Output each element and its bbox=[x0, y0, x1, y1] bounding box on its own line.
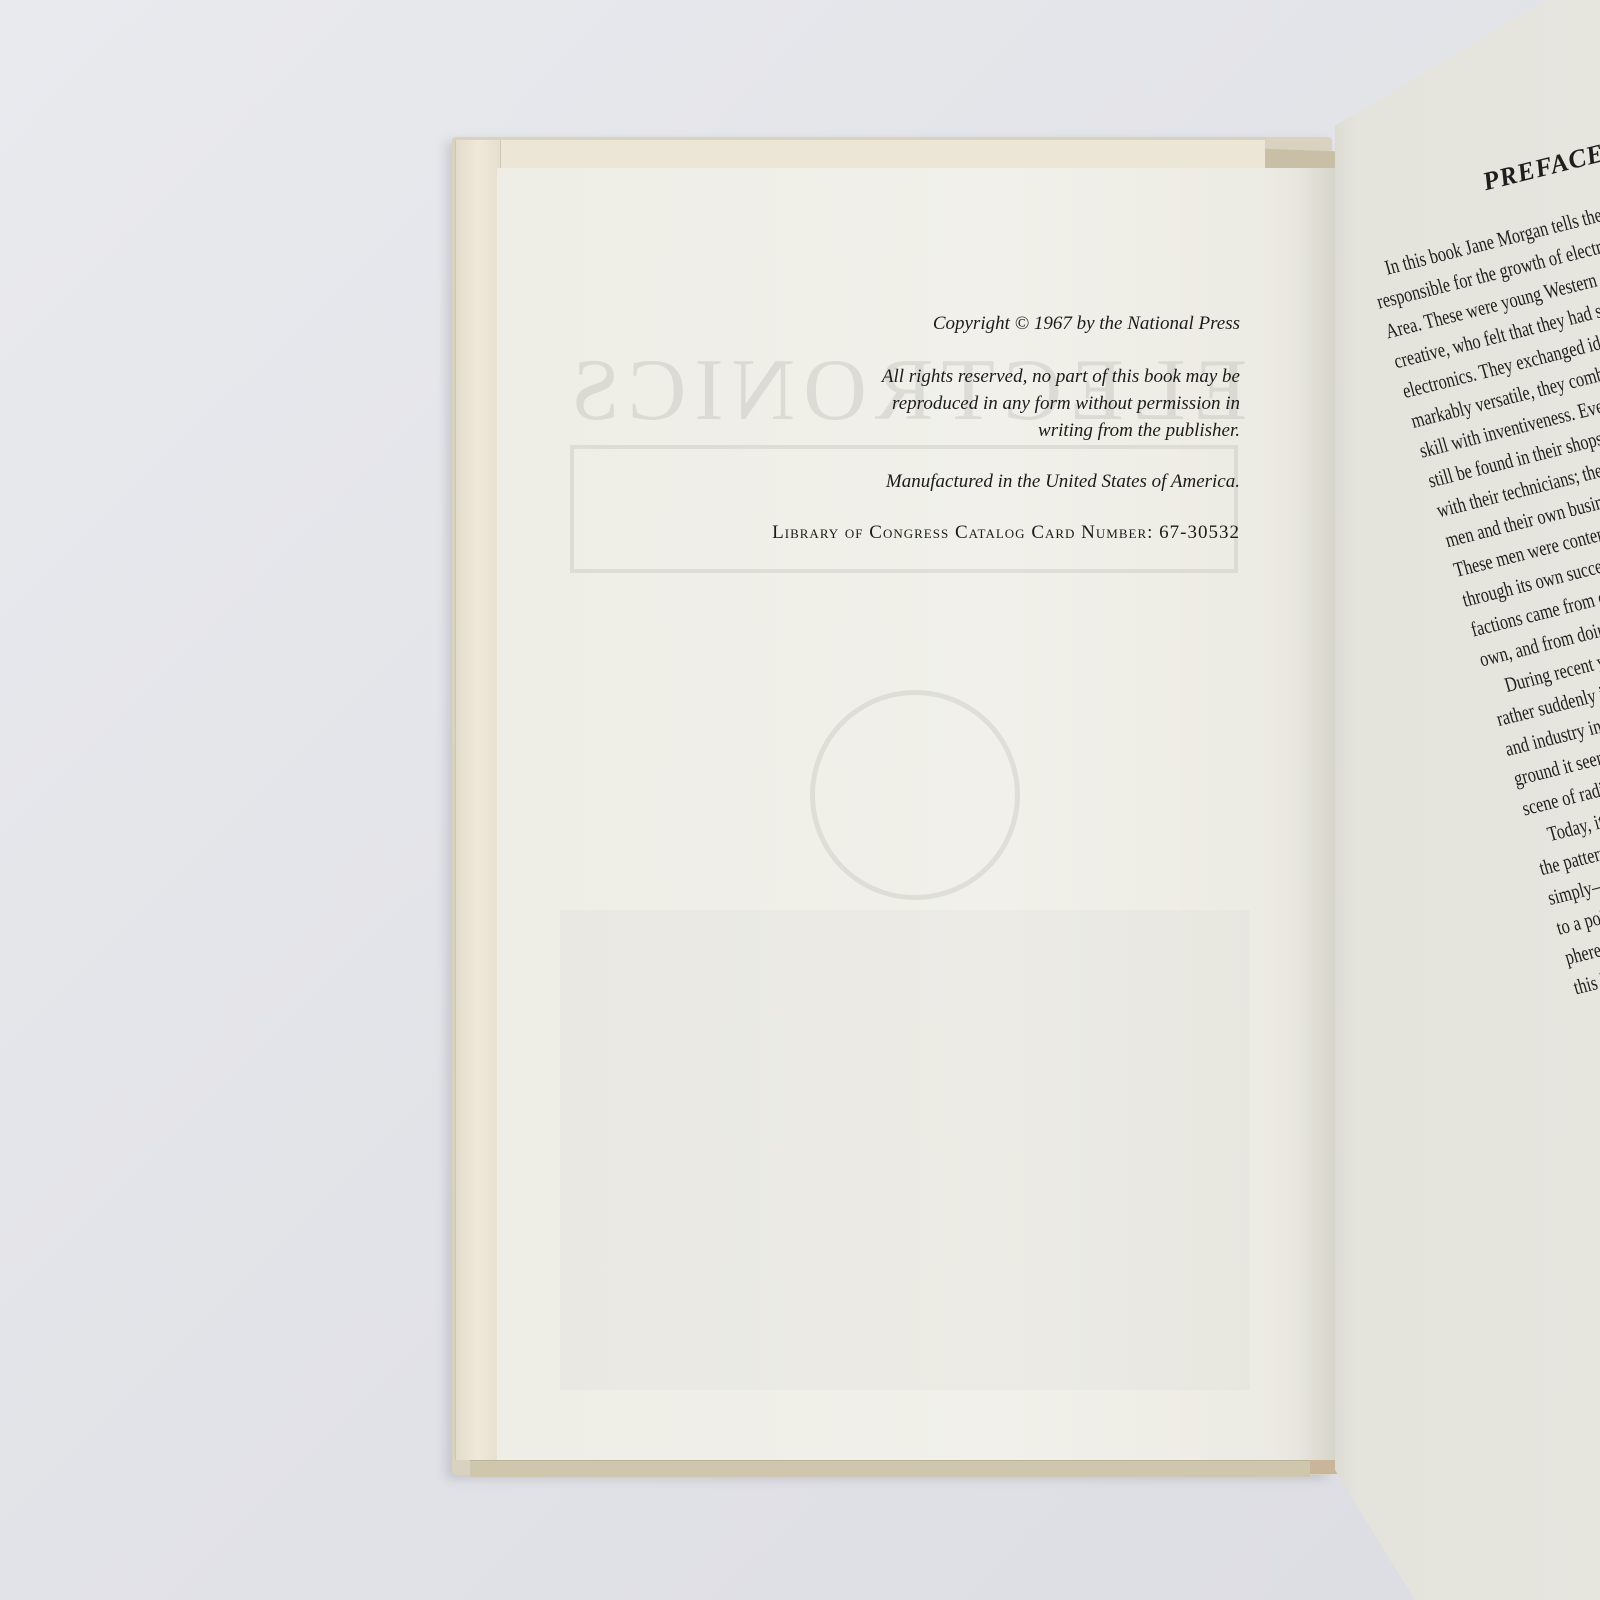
copyright-notice: Copyright © 1967 by the National Press A… bbox=[660, 310, 1240, 546]
book-photo: ELECTRONICS Copyright © 1967 by the Nati… bbox=[0, 0, 1600, 1600]
preface-text-region: PREFACE In this book Jane Morgan tells t… bbox=[1338, 0, 1600, 1600]
copyright-line: Copyright © 1967 by the National Press bbox=[660, 310, 1240, 337]
library-of-congress-number: Library of Congress Catalog Card Number:… bbox=[660, 519, 1240, 546]
manufactured-line: Manufactured in the United States of Ame… bbox=[660, 468, 1240, 495]
rights-line: All rights reserved, no part of this boo… bbox=[660, 363, 1240, 390]
gutter-shadow bbox=[1297, 168, 1337, 1460]
rights-line: writing from the publisher. bbox=[660, 417, 1240, 444]
dust-jacket-flap bbox=[455, 140, 501, 1460]
dust-jacket-bottom-edge bbox=[470, 1460, 1310, 1477]
preface-content: PREFACE In this book Jane Morgan tells t… bbox=[1348, 98, 1600, 200]
preface-title: PREFACE bbox=[1479, 137, 1600, 197]
rights-statement: All rights reserved, no part of this boo… bbox=[660, 363, 1240, 444]
rights-line: reproduced in any form without permissio… bbox=[660, 390, 1240, 417]
preface-body: In this book Jane Morgan tells the litre… bbox=[1365, 146, 1600, 1003]
